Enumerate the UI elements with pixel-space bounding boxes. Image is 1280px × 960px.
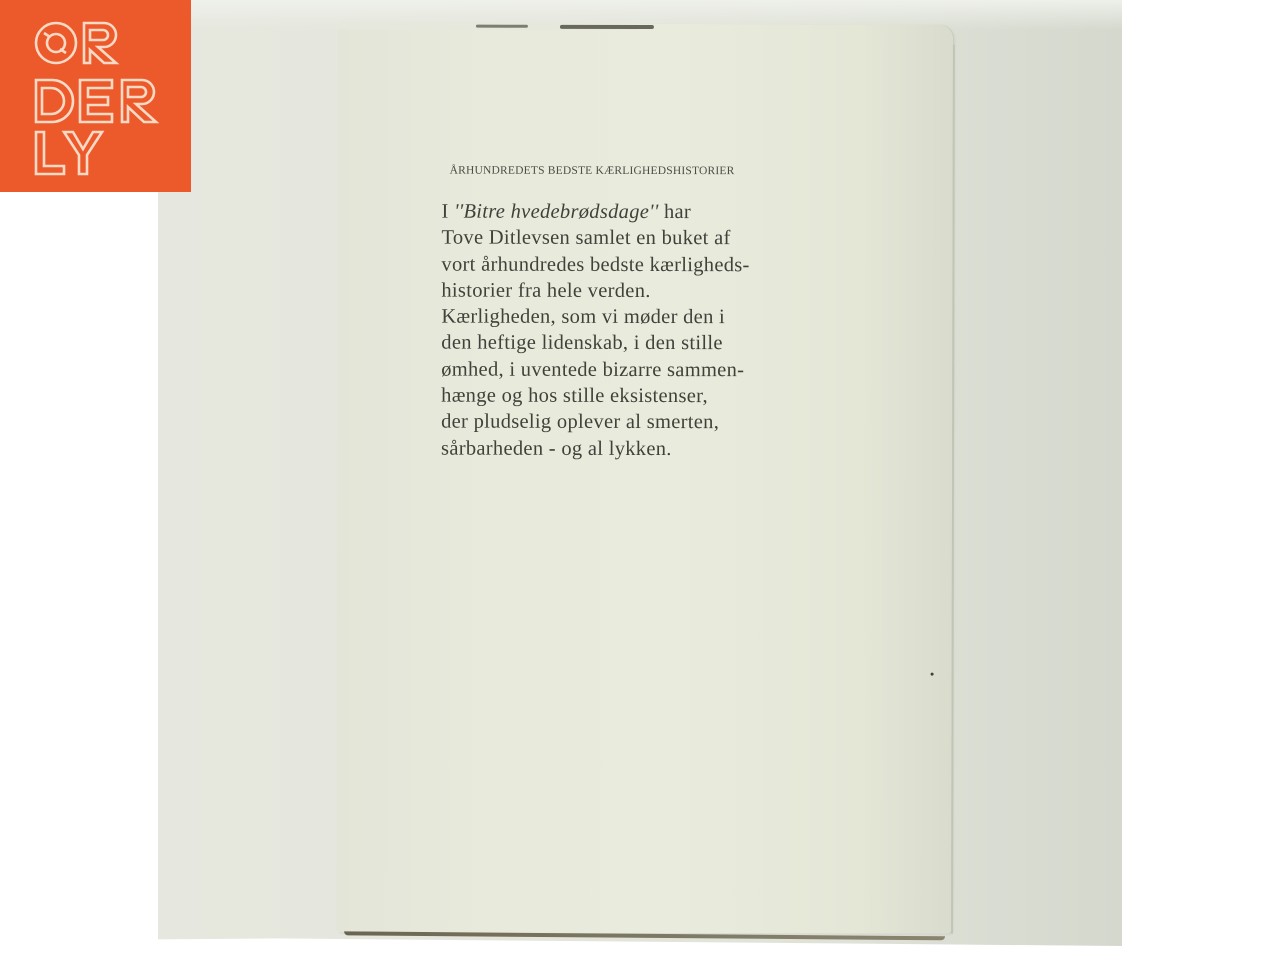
dust-speck [931,673,934,676]
blurb-line: sårbarheden - og al lykken. [441,435,861,462]
product-photo: ÅRHUNDREDETS BEDSTE KÆRLIGHEDSHISTORIER … [0,0,1280,960]
back-cover-blurb: I ''Bitre hvedebrødsdage'' har Tove Ditl… [441,199,862,463]
blurb-line: hænge og hos stille eksistenser, [441,383,861,410]
blurb-line: ømhed, i uventede bizarre sammen- [441,356,861,383]
blurb-line: den heftige lidenskab, i den stille [441,330,861,357]
blurb-line: der pludselig oplever al smerten, [441,409,861,436]
blurb-line: Tove Ditlevsen samlet en buket af [441,225,861,252]
blurb-line: Kærligheden, som vi møder den i [441,304,861,331]
book-top-edge-shadow [476,25,528,28]
blurb-line: vort århundredes bedste kærligheds- [441,251,861,278]
orderly-logo [0,0,191,192]
blurb-line: historier fra hele verden. [441,277,861,304]
book-back-cover: ÅRHUNDREDETS BEDSTE KÆRLIGHEDSHISTORIER … [336,23,953,933]
blurb-line: I ''Bitre hvedebrødsdage'' har [442,199,862,226]
book-title: ''Bitre hvedebrødsdage'' [454,201,658,223]
series-heading: ÅRHUNDREDETS BEDSTE KÆRLIGHEDSHISTORIER [450,165,735,178]
book-top-edge-shadow [560,25,654,29]
orderly-logo-icon [0,0,191,192]
